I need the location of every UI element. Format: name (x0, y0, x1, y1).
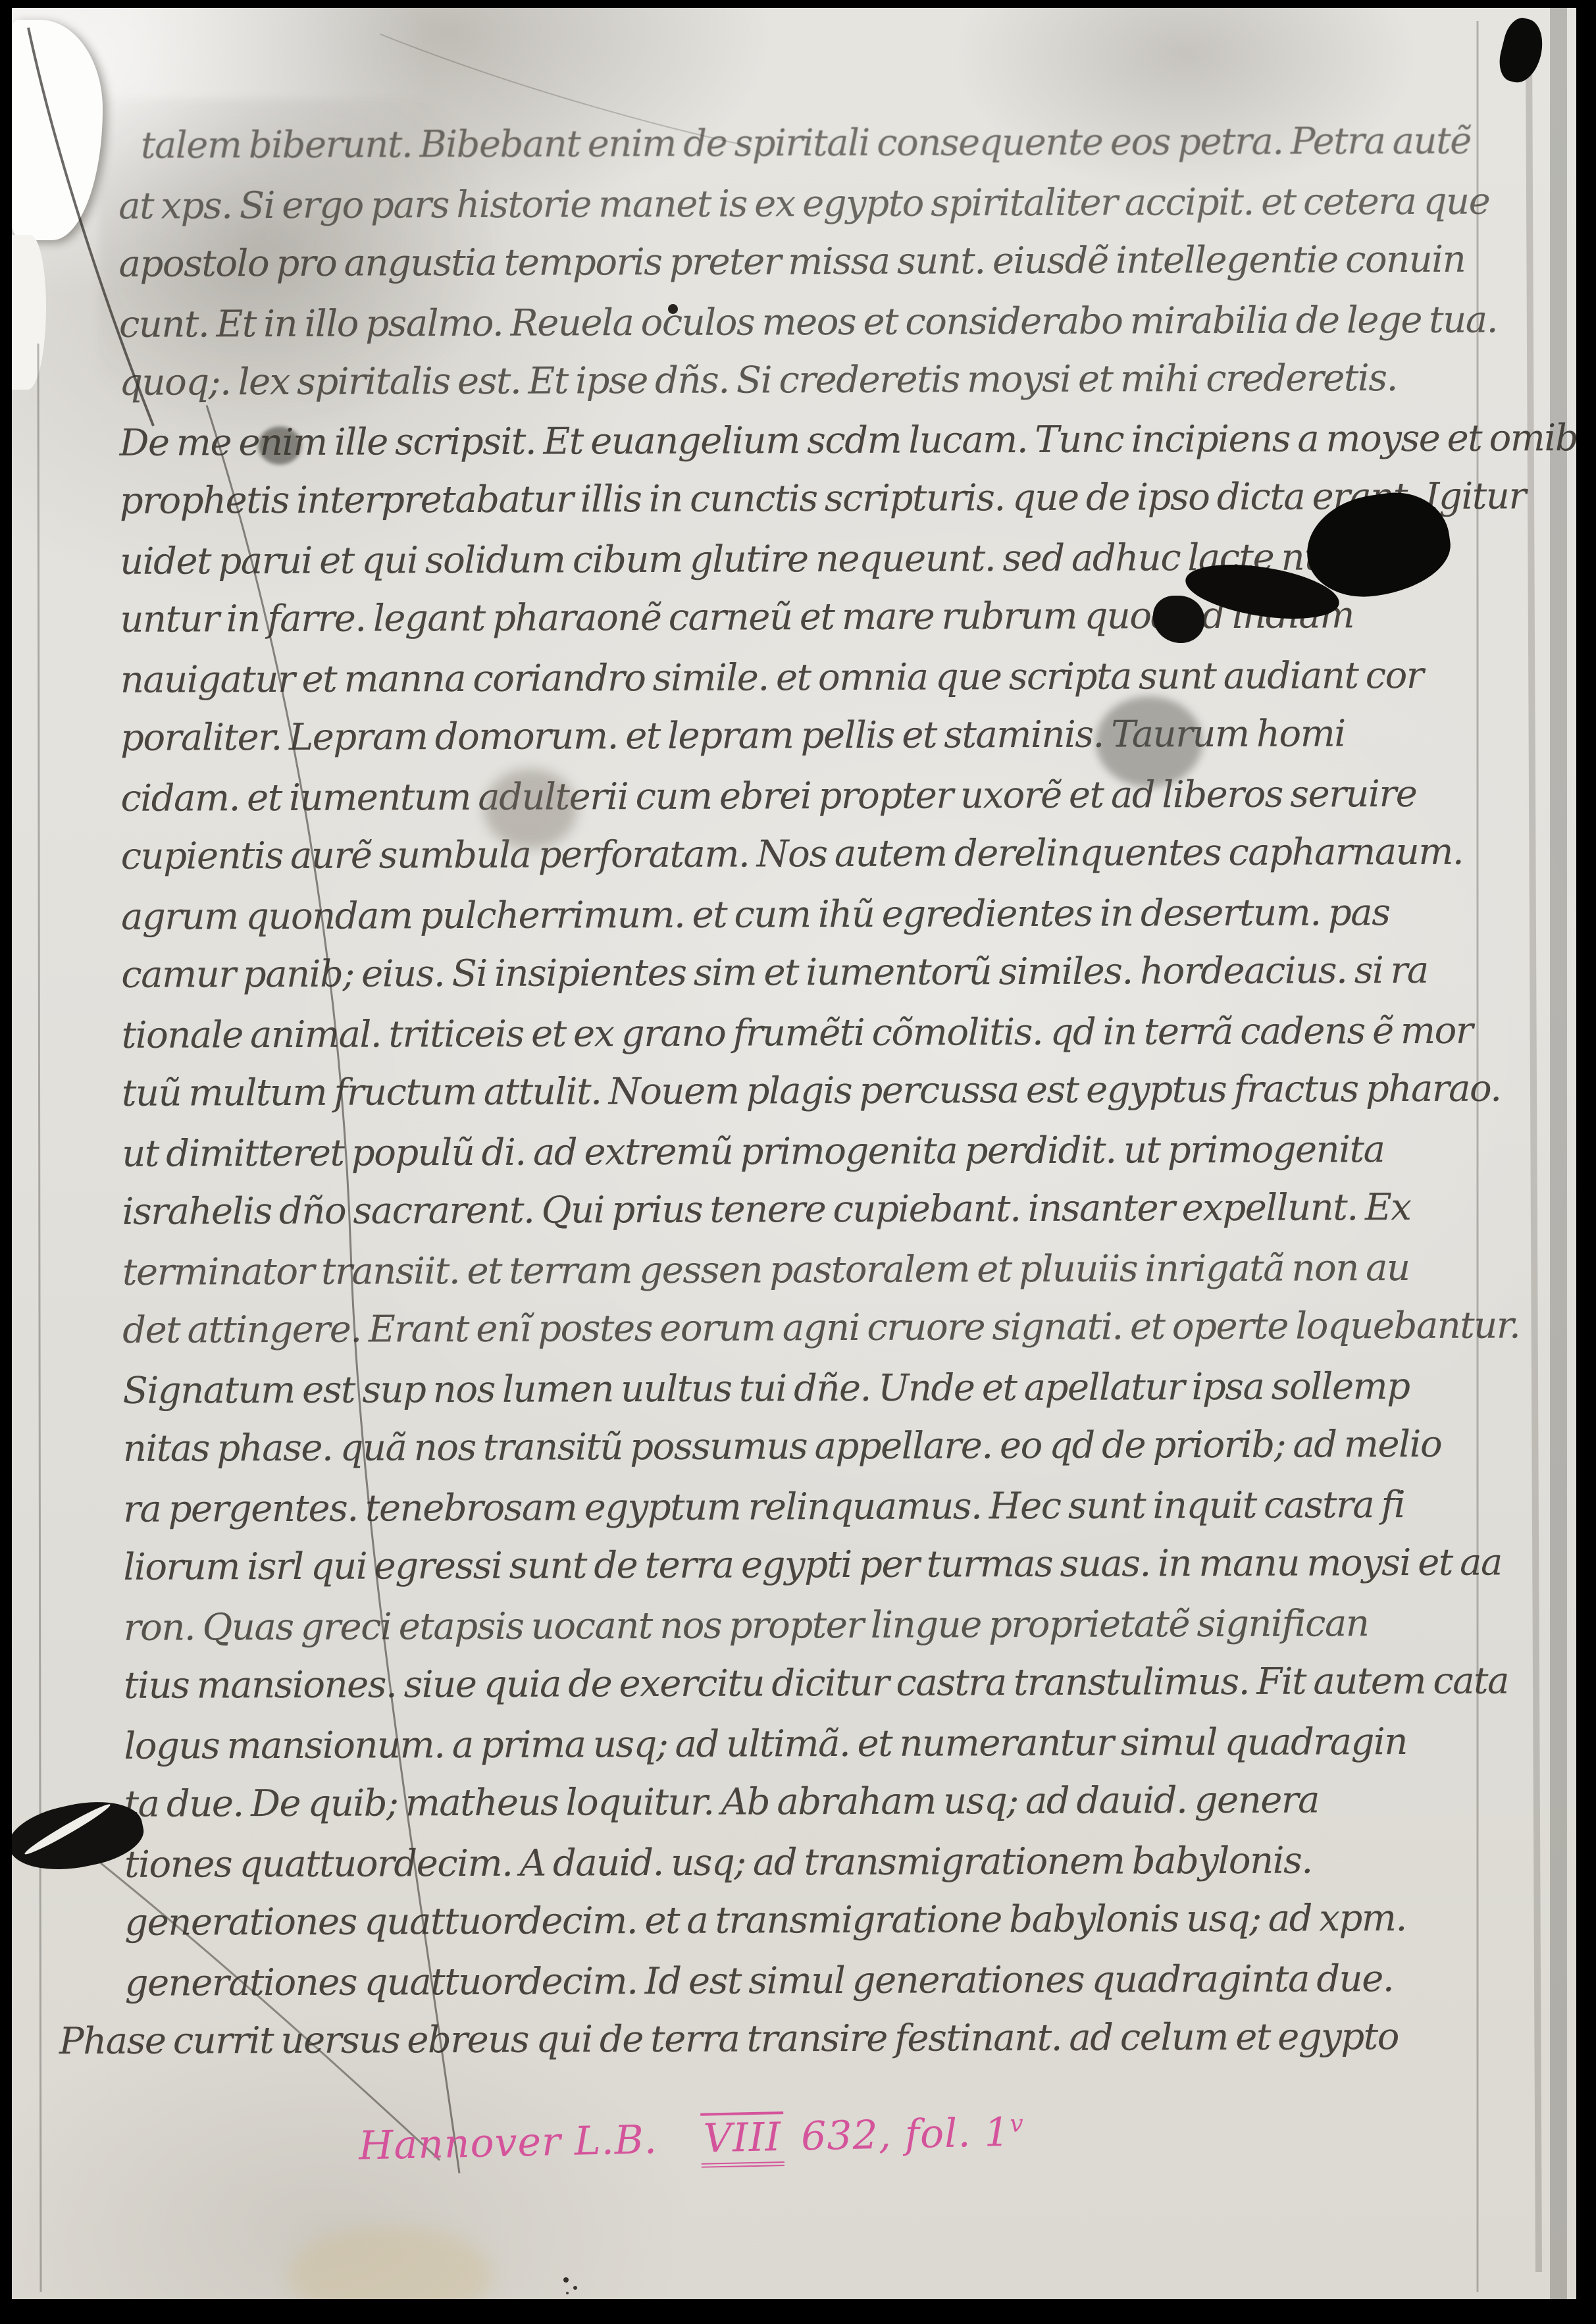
manuscript-line: liorum isrl qui egressi sunt de terra eg… (123, 1541, 1576, 1605)
soft-stain (484, 769, 577, 849)
manuscript-line: Signatum est sup nos lumen uultus tui dñ… (122, 1364, 1576, 1429)
parchment-page: talem biberunt. Bibebant enim de spirita… (12, 8, 1576, 2299)
manuscript-line: poraliter. Lepram domorum. et lepram pel… (120, 711, 1575, 776)
manuscript-line: israhelis dño sacrarent. Qui prius tener… (122, 1185, 1576, 1250)
text-block: talem biberunt. Bibebant enim de spirita… (118, 119, 1576, 2079)
manuscript-line: terminator transiit. et terram gessen pa… (122, 1246, 1576, 1310)
manuscript-line: tionale animal. triticeis et ex grano fr… (122, 1009, 1576, 1073)
round-stain (1096, 696, 1202, 787)
torn-edge (12, 235, 46, 390)
ink-dot (668, 304, 678, 314)
manuscript-line: at xps. Si ergo pars historie manet is e… (118, 180, 1573, 244)
manuscript-line: De me enim ille scripsit. Et euangelium … (119, 417, 1574, 481)
shelfmark-number: 632, (800, 2112, 892, 2160)
manuscript-line: nitas phase. quã nos transitũ possumus a… (123, 1422, 1576, 1487)
library-name: Hannover L.B. (358, 2117, 657, 2169)
shelfmark-note: Hannover L.B.VIII632, fol. 1v (358, 2109, 1024, 2169)
manuscript-line: det attingere. Erant enĩ postes eorum ag… (122, 1304, 1576, 1368)
manuscript-line: tius mansiones. siue quia de exercitu di… (124, 1659, 1576, 1724)
manuscript-line: agrum quondam pulcherrimum. et cum ihũ e… (121, 891, 1576, 955)
yellow-stain (288, 2226, 492, 2299)
manuscript-line: Phase currit uersus ebreus qui de terra … (59, 2015, 1576, 2079)
folio-side: v (1010, 2110, 1024, 2137)
manuscript-line: ut dimitteret populũ di. ad extremũ prim… (122, 1127, 1576, 1192)
manuscript-line: ron. Quas greci etapsis uocant nos propt… (124, 1601, 1576, 1666)
manuscript-line: ta due. De quib; matheus loquitur. Ab ab… (124, 1778, 1576, 1842)
manuscript-line: apostolo pro angustia temporis preter mi… (118, 238, 1573, 302)
manuscript-line: generationes quattuordecim. et a transmi… (124, 1896, 1576, 1961)
manuscript-line: cupientis aurẽ sumbula perforatam. Nos a… (121, 830, 1576, 894)
manuscript-line: logus mansionum. a prima usq; ad ultimã.… (124, 1720, 1576, 1784)
ink-dots (563, 2277, 569, 2283)
manuscript-line: generationes quattuordecim. Id est simul… (125, 1957, 1576, 2021)
manuscript-line: camur panib; eius. Si insipientes sim et… (121, 948, 1576, 1013)
manuscript-line: talem biberunt. Bibebant enim de spirita… (118, 119, 1573, 184)
manuscript-line: quoq;. lex spiritalis est. Et ipse dñs. … (119, 356, 1574, 421)
small-ink-smudge (258, 426, 301, 465)
shelfmark-roman-numeral: VIII (700, 2111, 785, 2168)
manuscript-line: ra pergentes. tenebrosam egyptum relinqu… (123, 1483, 1576, 1547)
manuscript-line: untur in farre. legant pharaonẽ carneũ e… (120, 593, 1574, 658)
manuscript-line: nauigatur et manna coriandro simile. et … (120, 654, 1575, 718)
folio-number: 1 (984, 2109, 1011, 2156)
manuscript-line: cunt. Et in illo psalmo. Reuela oculos m… (119, 298, 1574, 363)
folio-label: fol. (904, 2110, 971, 2157)
manuscript-line: tuũ multum fructum attulit. Nouem plagis… (122, 1067, 1576, 1131)
ink-spot-top-right (1495, 14, 1549, 87)
manuscript-photo: talem biberunt. Bibebant enim de spirita… (0, 0, 1596, 2324)
manuscript-line: cidam. et iumentum adulterii cum ebrei p… (120, 772, 1575, 837)
manuscript-line: tiones quattuordecim. A dauid. usq; ad t… (124, 1838, 1576, 1903)
